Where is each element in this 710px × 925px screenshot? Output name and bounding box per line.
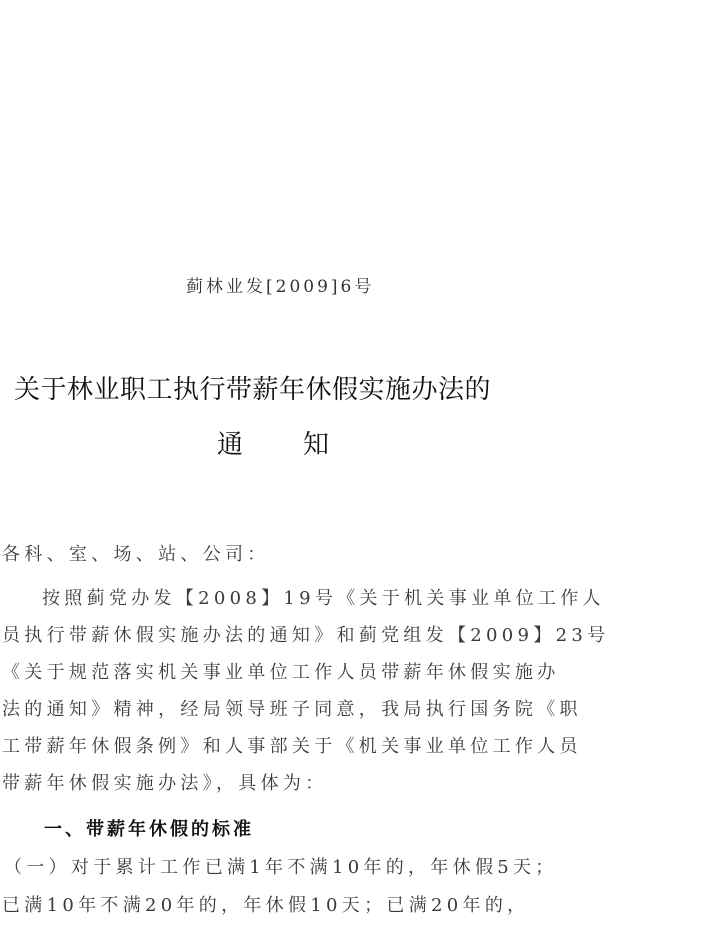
section-line: （一）对于累计工作已满1年不满10年的，年休假5天；	[4, 853, 558, 879]
salutation: 各科、室、场、站、公司：	[2, 540, 270, 566]
document-title-line-1: 关于林业职工执行带薪年休假实施办法的	[14, 369, 491, 406]
document-title-line-2: 通知	[217, 424, 329, 461]
title-char-zhi: 知	[303, 424, 329, 461]
paragraph-line: 法的通知》精神，经局领导班子同意，我局执行国务院《职	[2, 695, 582, 721]
paragraph-line: 工带薪年休假条例》和人事部关于《机关事业单位工作人员	[2, 732, 582, 758]
section-line: 已满10年不满20年的，年休假10天；已满20年的，	[2, 891, 529, 917]
document-number: 蓟林业发[2009]6号	[186, 272, 374, 297]
paragraph-line: 带薪年休假实施办法》，具体为：	[2, 769, 328, 795]
section-heading: 一、带薪年休假的标准	[44, 815, 254, 841]
paragraph-line: 《关于规范落实机关事业单位工作人员带薪年休假实施办	[2, 658, 560, 684]
paragraph-line: 员执行带薪休假实施办法的通知》和蓟党组发【2009】23号	[2, 621, 609, 647]
paragraph-line: 按照蓟党办发【2008】19号《关于机关事业单位工作人	[42, 584, 605, 610]
title-char-tong: 通	[217, 424, 243, 461]
